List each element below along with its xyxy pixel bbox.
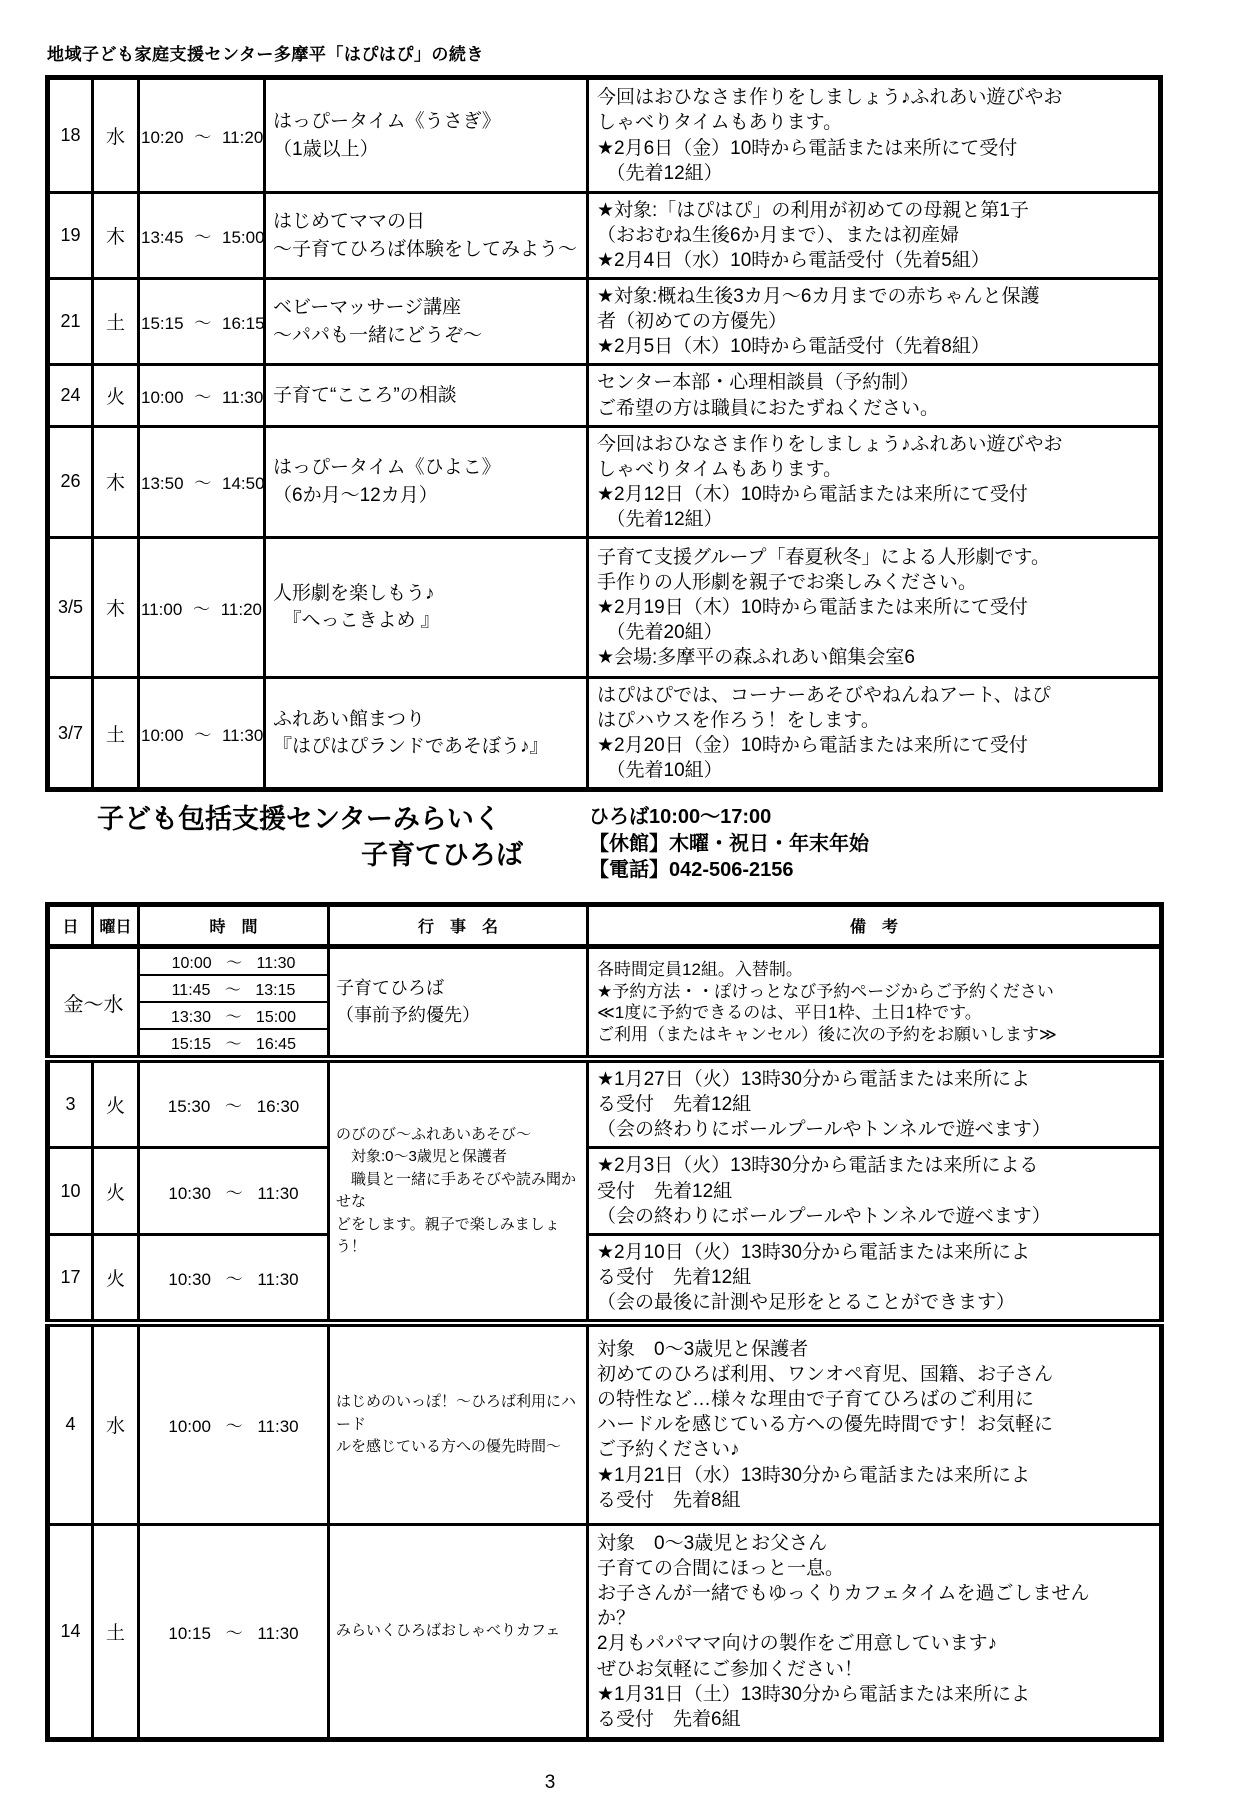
time-cell: 13:45 ～ 15:00 [139, 193, 265, 279]
remarks-cell: ★対象:「はぴはぴ」の利用が初めての母親と第1子 （おおむね生後6か月まで）、ま… [588, 193, 1161, 279]
page-number: 3 [45, 1772, 1055, 1794]
remarks-cell: 対象 0～3歳児と保護者 初めてのひろば利用、ワンオペ育児、国籍、お子さん の特… [588, 1325, 1162, 1524]
miraiku-schedule-table-hiroba: 日 曜日 時 間 行 事 名 備 考 金～水 10:00 ～ 11:30 子育て… [45, 902, 1164, 1058]
event-name-cell: みらいくひろばおしゃべりカフェ [329, 1524, 588, 1739]
table-row: 金～水 10:00 ～ 11:30 子育てひろば （事前予約優先） 各時間定員1… [48, 947, 1162, 976]
table-row: 17 火 10:30 ～ 11:30 ★2月10日（火）13時30分から電話また… [48, 1234, 1162, 1320]
remarks-cell: ★対象:概ね生後3カ月～6カ月までの赤ちゃんと保護 者（初めての方優先） ★2月… [588, 279, 1161, 365]
weekday-cell: 木 [93, 426, 139, 537]
header-time: 時 間 [139, 905, 329, 947]
date-cell: 4 [48, 1325, 93, 1524]
time-cell: 10:30 ～ 11:30 [139, 1148, 329, 1234]
event-name-cell: 子育て“こころ”の相談 [265, 365, 588, 426]
time-cell: 10:00 ～ 11:30 [139, 1325, 329, 1524]
weekday-cell: 木 [93, 537, 139, 677]
happy-happy-schedule-table: 18 水 10:20 ～ 11:20 はっぴータイム《うさぎ》 （1歳以上） 今… [45, 75, 1163, 792]
time-cell: 10:00 ～ 11:30 [139, 365, 265, 426]
date-cell: 18 [48, 78, 93, 193]
remarks-cell: ★2月3日（火）13時30分から電話または来所による 受付 先着12組 （会の終… [588, 1148, 1162, 1234]
remarks-cell: 対象 0～3歳児とお父さん 子育ての合間にほっと一息。 お子さんが一緒でもゆっく… [588, 1524, 1162, 1739]
event-name-cell: はじめてママの日 ～子育てひろば体験をしてみよう～ [265, 193, 588, 279]
weekday-cell: 火 [93, 1234, 139, 1320]
closed-days: 【休館】木曜・祝日・年末年始 [589, 831, 869, 858]
table-row: 19 木 13:45 ～ 15:00 はじめてママの日 ～子育てひろば体験をして… [48, 193, 1161, 279]
open-hours: ひろば10:00～17:00 [589, 804, 869, 831]
time-cell: 10:15 ～ 11:30 [139, 1524, 329, 1739]
weekday-cell: 水 [93, 78, 139, 193]
event-name-cell: 子育てひろば （事前予約優先） [329, 947, 588, 1057]
date-cell: 19 [48, 193, 93, 279]
event-name-cell: はっぴータイム《ひよこ》 （6か月～12カ月） [265, 426, 588, 537]
event-name-cell: ふれあい館まつり 『はぴはぴランドであそぼう♪』 [265, 677, 588, 789]
time-cell: 10:30 ～ 11:30 [139, 1234, 329, 1320]
time-slot-cell: 11:45 ～ 13:15 [139, 975, 329, 1002]
weekday-cell: 土 [93, 1524, 139, 1739]
section-contact-info: ひろば10:00～17:00 【休館】木曜・祝日・年末年始 【電話】042-50… [589, 802, 869, 894]
event-name-cell: のびのび～ふれあいあそび～ 対象:0～3歳児と保護者 職員と一緒に手あそびや読み… [329, 1062, 588, 1321]
table-row: 18 水 10:20 ～ 11:20 はっぴータイム《うさぎ》 （1歳以上） 今… [48, 78, 1161, 193]
remarks-cell: 各時間定員12組。入替制。 ★予約方法・・ぽけっとなび予約ページからご予約くださ… [588, 947, 1162, 1057]
header-remarks: 備 考 [588, 905, 1162, 947]
remarks-cell: ★2月10日（火）13時30分から電話または来所によ る受付 先着12組 （会の… [588, 1234, 1162, 1320]
date-cell: 3/5 [48, 537, 93, 677]
time-slot-cell: 15:15 ～ 16:45 [139, 1029, 329, 1057]
miraiku-schedule-table-special: 4 水 10:00 ～ 11:30 はじめのいっぽ！～ひろば利用にハード ルを感… [45, 1324, 1164, 1742]
table-row: 4 水 10:00 ～ 11:30 はじめのいっぽ！～ひろば利用にハード ルを感… [48, 1325, 1162, 1524]
header-event: 行 事 名 [329, 905, 588, 947]
phone-number: 【電話】042-506-2156 [589, 857, 869, 884]
weekday-cell: 土 [93, 279, 139, 365]
table-row: 26 木 13:50 ～ 14:50 はっぴータイム《ひよこ》 （6か月～12カ… [48, 426, 1161, 537]
remarks-cell: 子育て支援グループ「春夏秋冬」による人形劇です。 手作りの人形劇を親子でお楽しみ… [588, 537, 1161, 677]
weekday-cell: 木 [93, 193, 139, 279]
section-title-line2: 子育てひろば [97, 838, 527, 874]
time-slot-cell: 10:00 ～ 11:30 [139, 947, 329, 976]
remarks-cell: 今回はおひなさま作りをしましょう♪ふれあい遊びやお しゃべりタイムもあります。 … [588, 426, 1161, 537]
date-cell: 14 [48, 1524, 93, 1739]
remarks-cell: ★1月27日（火）13時30分から電話または来所によ る受付 先着12組 （会の… [588, 1062, 1162, 1148]
event-name-cell: はっぴータイム《うさぎ》 （1歳以上） [265, 78, 588, 193]
time-cell: 11:00 ～ 11:20 [139, 537, 265, 677]
date-cell: 3/7 [48, 677, 93, 789]
date-cell: 3 [48, 1062, 93, 1148]
weekday-cell: 火 [93, 365, 139, 426]
header-day: 日 [48, 905, 93, 947]
date-cell: 24 [48, 365, 93, 426]
miraiku-schedule-table-nobinobi: 3 火 15:30 ～ 16:30 のびのび～ふれあいあそび～ 対象:0～3歳児… [45, 1060, 1164, 1322]
section-title-line1: 子ども包括支援センターみらいく [97, 802, 527, 838]
continuation-header: 地域子ども家庭支援センター多摩平「はぴはぴ」の続き [47, 40, 1159, 65]
date-cell: 17 [48, 1234, 93, 1320]
date-cell: 26 [48, 426, 93, 537]
header-weekday: 曜日 [93, 905, 139, 947]
weekday-cell: 土 [93, 677, 139, 789]
table-row: 3/7 土 10:00 ～ 11:30 ふれあい館まつり 『はぴはぴランドであそ… [48, 677, 1161, 789]
event-name-cell: ベビーマッサージ講座 ～パパも一緒にどうぞ～ [265, 279, 588, 365]
table-row: 24 火 10:00 ～ 11:30 子育て“こころ”の相談 センター本部・心理… [48, 365, 1161, 426]
document-page: 地域子ども家庭支援センター多摩平「はぴはぴ」の続き 18 水 10:20 ～ 1… [45, 0, 1159, 1794]
date-cell: 21 [48, 279, 93, 365]
time-cell: 10:00 ～ 11:30 [139, 677, 265, 789]
date-cell: 10 [48, 1148, 93, 1234]
day-range-cell: 金～水 [48, 947, 139, 1057]
remarks-cell: センター本部・心理相談員（予約制） ご希望の方は職員におたずねください。 [588, 365, 1161, 426]
table-row: 21 土 15:15 ～ 16:15 ベビーマッサージ講座 ～パパも一緒にどうぞ… [48, 279, 1161, 365]
event-name-cell: 人形劇を楽しもう♪ 『へっこきよめ 』 [265, 537, 588, 677]
weekday-cell: 火 [93, 1148, 139, 1234]
table-row: 3 火 15:30 ～ 16:30 のびのび～ふれあいあそび～ 対象:0～3歳児… [48, 1062, 1162, 1148]
weekday-cell: 水 [93, 1325, 139, 1524]
miraiku-section-header: 子ども包括支援センターみらいく 子育てひろば ひろば10:00～17:00 【休… [45, 802, 1159, 894]
section-title: 子ども包括支援センターみらいく 子育てひろば [97, 802, 527, 894]
remarks-cell: 今回はおひなさま作りをしましょう♪ふれあい遊びやお しゃべりタイムもあります。 … [588, 78, 1161, 193]
table-row: 10 火 10:30 ～ 11:30 ★2月3日（火）13時30分から電話または… [48, 1148, 1162, 1234]
time-cell: 13:50 ～ 14:50 [139, 426, 265, 537]
weekday-cell: 火 [93, 1062, 139, 1148]
table-row: 14 土 10:15 ～ 11:30 みらいくひろばおしゃべりカフェ 対象 0～… [48, 1524, 1162, 1739]
time-cell: 10:20 ～ 11:20 [139, 78, 265, 193]
header-row: 日 曜日 時 間 行 事 名 備 考 [48, 905, 1162, 947]
time-cell: 15:30 ～ 16:30 [139, 1062, 329, 1148]
table-row: 3/5 木 11:00 ～ 11:20 人形劇を楽しもう♪ 『へっこきよめ 』 … [48, 537, 1161, 677]
time-cell: 15:15 ～ 16:15 [139, 279, 265, 365]
time-slot-cell: 13:30 ～ 15:00 [139, 1002, 329, 1029]
event-name-cell: はじめのいっぽ！～ひろば利用にハード ルを感じている方への優先時間～ [329, 1325, 588, 1524]
remarks-cell: はぴはぴでは、コーナーあそびやねんねアート、はぴ はぴハウスを作ろう！をします。… [588, 677, 1161, 789]
